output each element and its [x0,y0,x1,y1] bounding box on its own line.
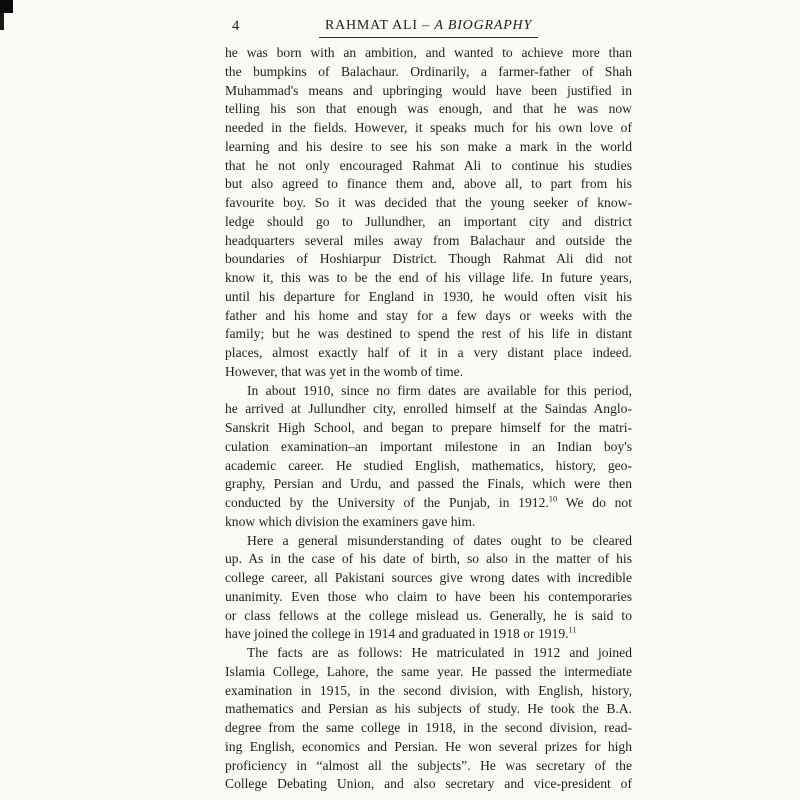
text-line: culation examination–an important milest… [225,438,632,457]
text-line: Islamia College, Lahore, the same year. … [225,663,632,682]
text-block: he was born with an ambition, and wanted… [225,44,632,794]
text-line: proficiency in “almost all the subjects”… [225,757,632,776]
text-line: boundaries of Hoshiarpur District. Thoug… [225,250,632,269]
text-line: examination in 1915, in the second divis… [225,682,632,701]
text-line: know which division the examiners gave h… [225,513,632,532]
text-line: headquarters several miles away from Bal… [225,232,632,251]
scan-artifact-mark [0,0,13,13]
text-line: degree from the same college in 1918, in… [225,719,632,738]
text-line: mathematics and Persian as his subjects … [225,700,632,719]
text-line: Sanskrit High School, and began to prepa… [225,419,632,438]
text-line: However, that was yet in the womb of tim… [225,363,632,382]
text-line: The facts are as follows: He matriculate… [225,644,632,663]
text-line: college career, all Pakistani sources gi… [225,569,632,588]
text-line: places, almost exactly half of it in a v… [225,344,632,363]
text-line: Here a general misunderstanding of dates… [225,532,632,551]
text-line: have joined the college in 1914 and grad… [225,625,632,644]
footnote-ref: 11 [569,625,577,634]
page-number: 4 [232,18,240,35]
header-title-italic: A BIOGRAPHY [434,18,532,33]
text-line: that he not only encouraged Rahmat Ali t… [225,157,632,176]
header-title-roman: RAHMAT ALI – [325,18,430,33]
footnote-ref: 10 [549,494,557,503]
text-line: needed in the fields. However, it speaks… [225,119,632,138]
header-title: RAHMAT ALI –A BIOGRAPHY [319,16,538,38]
text-line: Muhammad's means and upbringing would ha… [225,82,632,101]
text-line: or class fellows at the college mislead … [225,607,632,626]
text-line: favourite boy. So it was decided that th… [225,194,632,213]
text-line: know it, this was to be the end of his v… [225,269,632,288]
scan-artifact-tail [0,13,4,30]
text-line: academic career. He studied English, mat… [225,457,632,476]
book-page: 4 RAHMAT ALI –A BIOGRAPHY he was born wi… [0,0,800,800]
text-line: learning and his desire to see his son m… [225,138,632,157]
page-header: 4 RAHMAT ALI –A BIOGRAPHY [225,16,632,40]
text-line: College Debating Union, and also secreta… [225,775,632,794]
running-head: RAHMAT ALI –A BIOGRAPHY [225,16,632,38]
text-line: conducted by the University of the Punja… [225,494,632,513]
text-line: up. As in the case of his date of birth,… [225,550,632,569]
text-line: graphy, Persian and Urdu, and passed the… [225,475,632,494]
text-line: he arrived at Jullundher city, enrolled … [225,400,632,419]
text-line: telling his son that enough was enough, … [225,100,632,119]
text-line: family; but he was destined to spend the… [225,325,632,344]
text-line: ing English, economics and Persian. He w… [225,738,632,757]
text-line: but also agreed to finance them and, abo… [225,175,632,194]
text-line: he was born with an ambition, and wanted… [225,44,632,63]
text-line: until his departure for England in 1930,… [225,288,632,307]
text-line: ledge should go to Jullundher, an import… [225,213,632,232]
text-line: unanimity. Even those who claim to have … [225,588,632,607]
text-line: In about 1910, since no firm dates are a… [225,382,632,401]
text-line: the bumpkins of Balachaur. Ordinarily, a… [225,63,632,82]
text-line: father and his home and stay for a few d… [225,307,632,326]
